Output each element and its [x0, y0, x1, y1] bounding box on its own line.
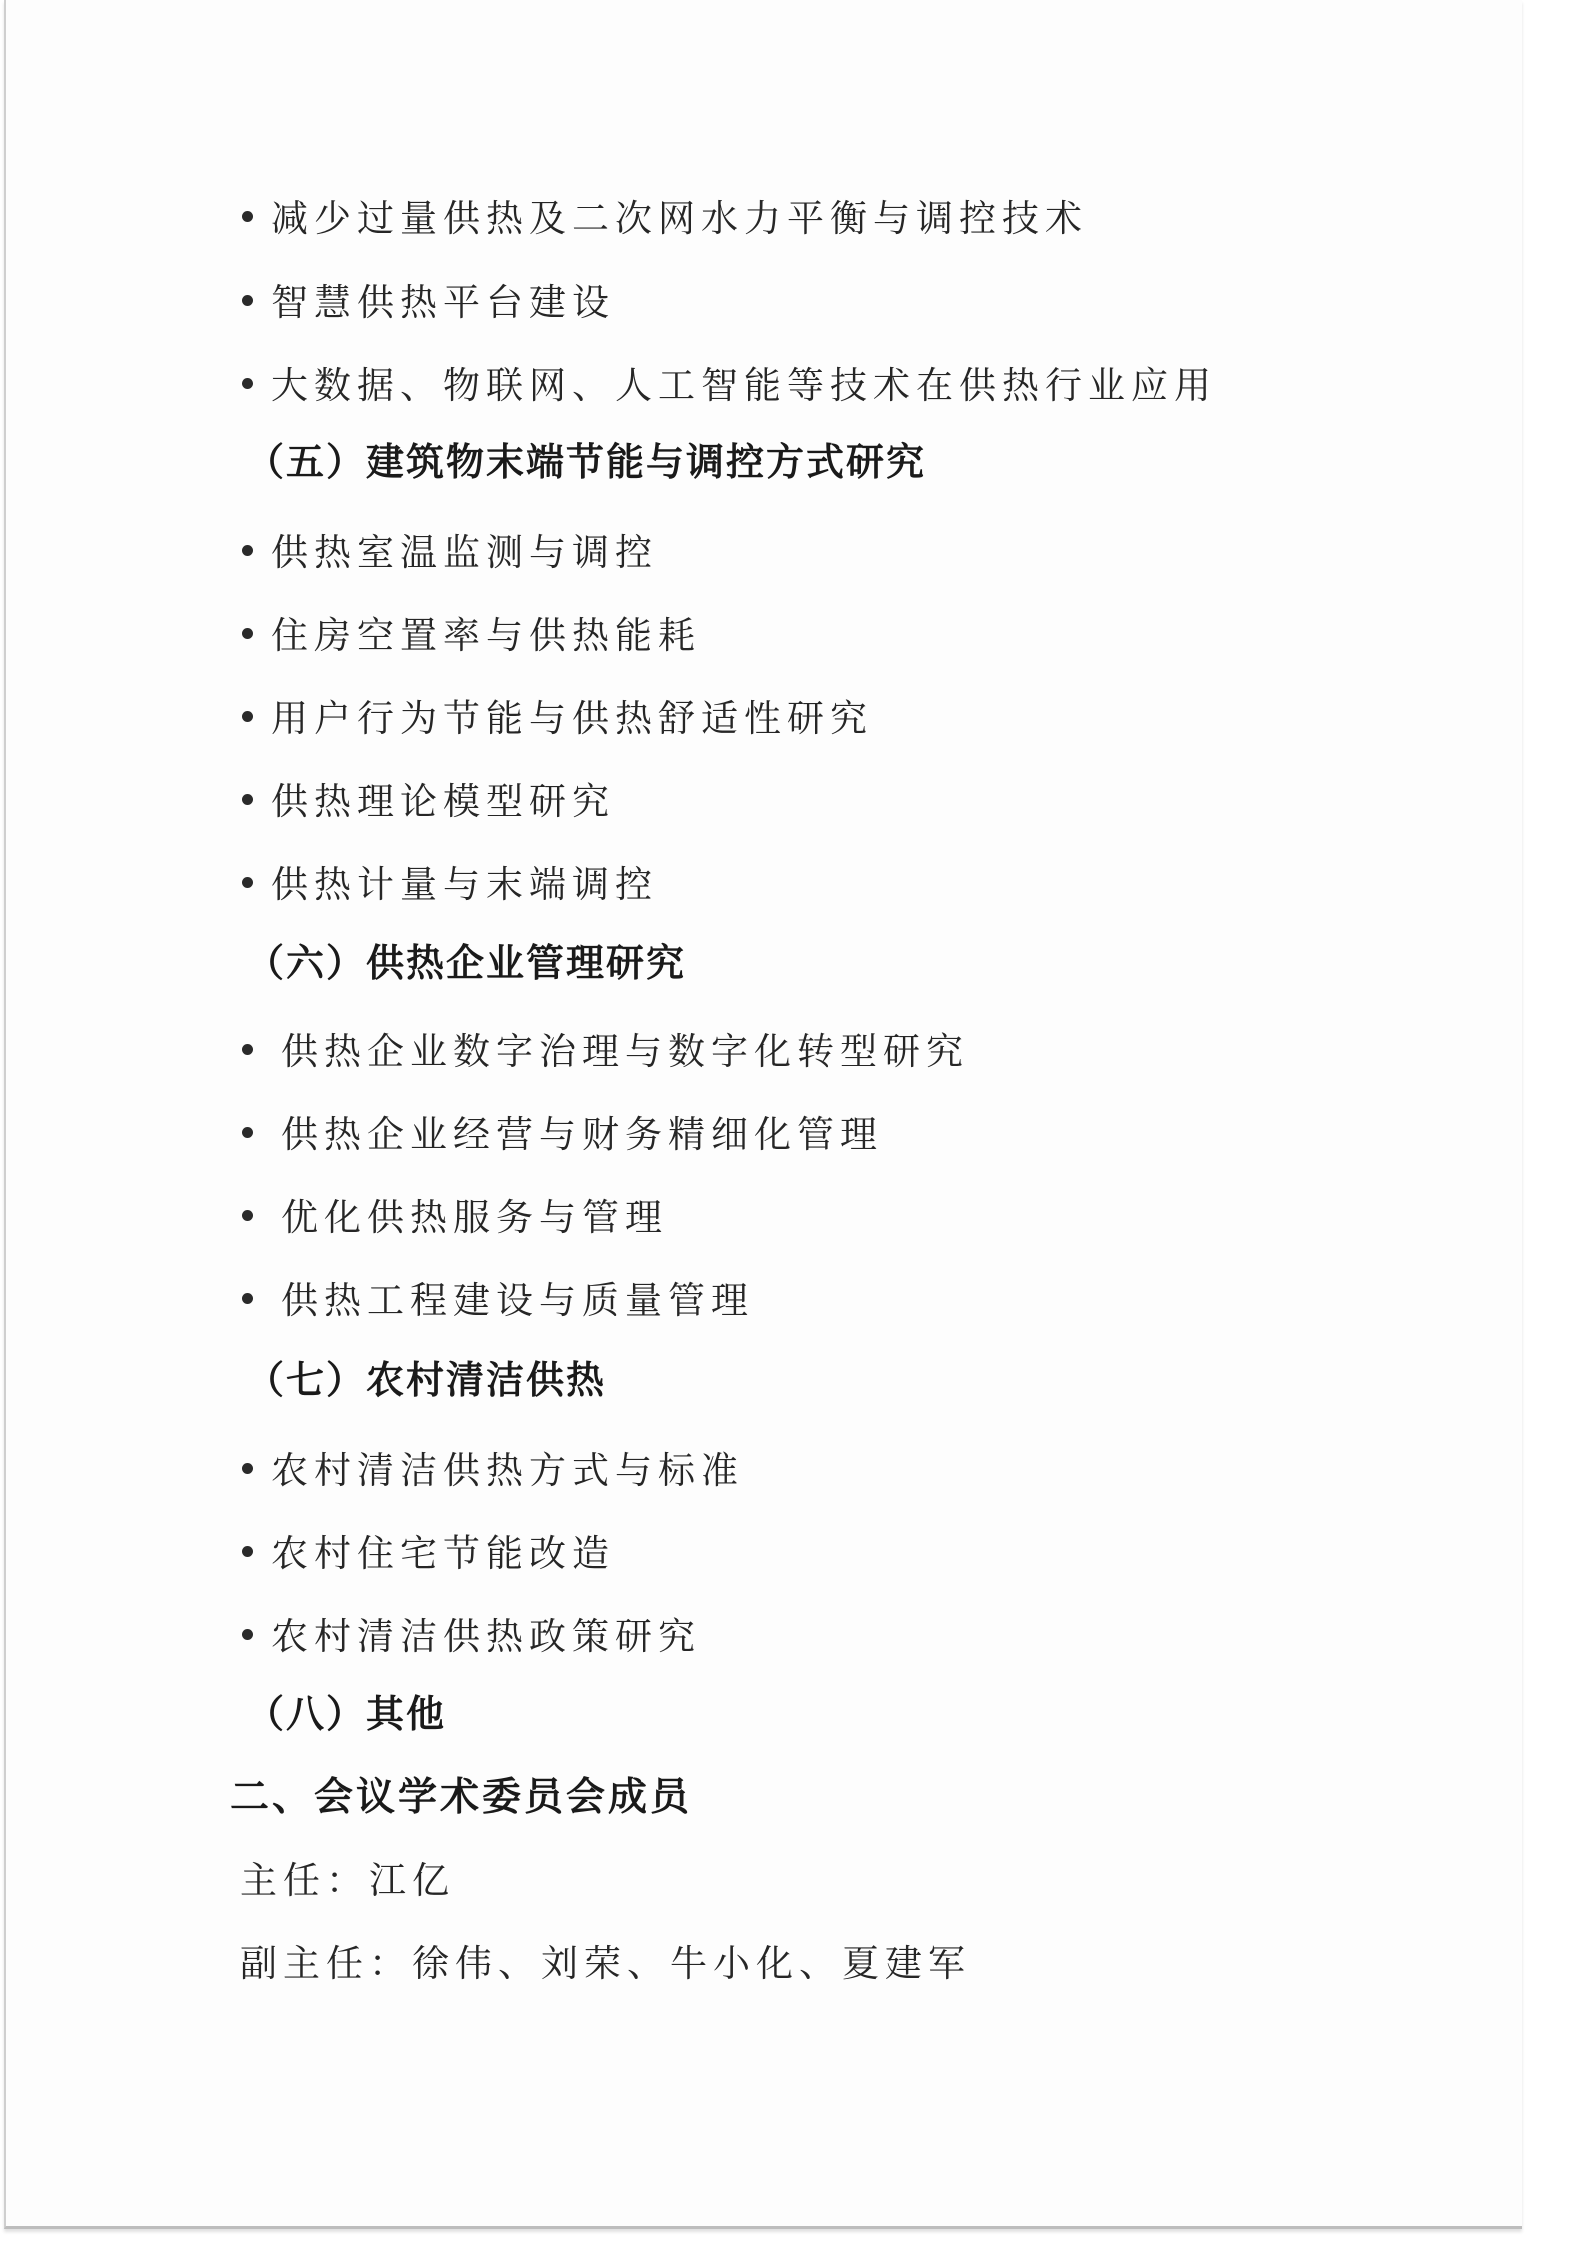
list-item: 智慧供热平台建设: [242, 284, 615, 321]
list-item: 农村清洁供热政策研究: [242, 1618, 701, 1655]
list-item-text: 用户行为节能与供热舒适性研究: [271, 697, 873, 740]
list-item: 供热工程建设与质量管理: [242, 1282, 754, 1319]
list-item-text: 供热企业经营与财务精细化管理: [281, 1113, 883, 1156]
list-item: 供热企业经营与财务精细化管理: [242, 1116, 883, 1153]
list-item: 供热室温监测与调控: [242, 534, 658, 571]
committee-deputy-directors: 副主任：徐伟、刘荣、牛小化、夏建军: [240, 1945, 971, 1982]
bullet-icon: [242, 877, 253, 888]
list-item: 供热企业数字治理与数字化转型研究: [242, 1033, 969, 1070]
list-item: 农村清洁供热方式与标准: [242, 1452, 744, 1489]
bullet-icon: [242, 545, 253, 556]
list-item: 用户行为节能与供热舒适性研究: [242, 700, 873, 737]
section-heading-6: （六）供热企业管理研究: [246, 944, 686, 982]
list-item: 农村住宅节能改造: [242, 1535, 615, 1572]
list-item: 供热理论模型研究: [242, 783, 615, 820]
bullet-icon: [242, 1293, 253, 1304]
list-item: 减少过量供热及二次网水力平衡与调控技术: [242, 200, 1088, 237]
bullet-icon: [242, 211, 253, 222]
bullet-icon: [242, 711, 253, 722]
bullet-icon: [242, 1629, 253, 1640]
list-item-text: 供热工程建设与质量管理: [281, 1279, 754, 1322]
bullet-icon: [242, 1210, 253, 1221]
list-item-text: 供热计量与末端调控: [271, 863, 658, 906]
list-item: 供热计量与末端调控: [242, 866, 658, 903]
bullet-icon: [242, 1044, 253, 1055]
list-item-text: 农村清洁供热方式与标准: [271, 1449, 744, 1492]
list-item-text: 住房空置率与供热能耗: [271, 614, 701, 657]
section-heading-8: （八）其他: [246, 1695, 446, 1733]
list-item-text: 供热室温监测与调控: [271, 531, 658, 574]
list-item-text: 供热企业数字治理与数字化转型研究: [281, 1030, 969, 1073]
list-item: 大数据、物联网、人工智能等技术在供热行业应用: [242, 367, 1217, 404]
list-item-text: 农村清洁供热政策研究: [271, 1615, 701, 1658]
list-item: 住房空置率与供热能耗: [242, 617, 701, 654]
bullet-icon: [242, 628, 253, 639]
bullet-icon: [242, 1463, 253, 1474]
part-heading-2: 二、会议学术委员会成员: [230, 1778, 692, 1817]
bullet-icon: [242, 378, 253, 389]
bullet-icon: [242, 295, 253, 306]
committee-director: 主任：江亿: [240, 1862, 455, 1899]
list-item-text: 大数据、物联网、人工智能等技术在供热行业应用: [271, 364, 1217, 407]
list-item-text: 农村住宅节能改造: [271, 1532, 615, 1575]
section-heading-5: （五）建筑物末端节能与调控方式研究: [246, 443, 926, 481]
list-item: 优化供热服务与管理: [242, 1199, 668, 1236]
list-item-text: 优化供热服务与管理: [281, 1196, 668, 1239]
document-page: 减少过量供热及二次网水力平衡与调控技术 智慧供热平台建设 大数据、物联网、人工智…: [4, 0, 1522, 2229]
list-item-text: 供热理论模型研究: [271, 780, 615, 823]
bullet-icon: [242, 1546, 253, 1557]
list-item-text: 智慧供热平台建设: [271, 281, 615, 324]
list-item-text: 减少过量供热及二次网水力平衡与调控技术: [271, 197, 1088, 240]
bullet-icon: [242, 794, 253, 805]
section-heading-7: （七）农村清洁供热: [246, 1361, 606, 1399]
bullet-icon: [242, 1127, 253, 1138]
